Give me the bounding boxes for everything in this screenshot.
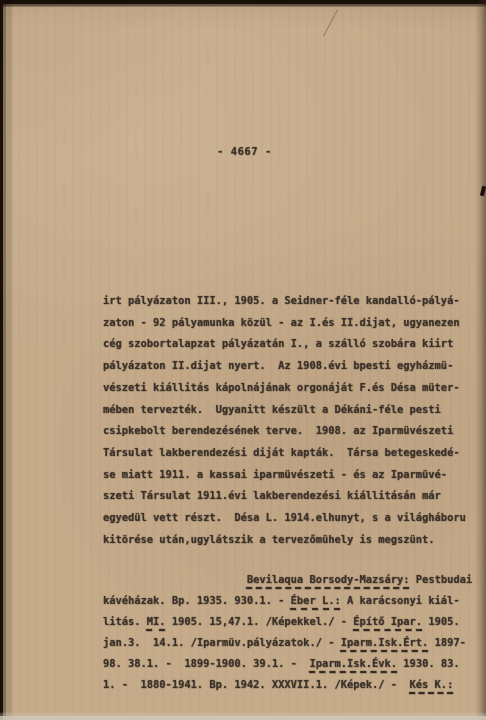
text-line: litás. MI. 1905. 15,47.1. /Képekkel./ - …: [103, 612, 472, 633]
text-segment: [103, 574, 247, 586]
text-line: se miatt 1911. a kassai iparmüvészeti - …: [103, 465, 466, 487]
text-segment: 1905. 15,47.1. /Képekkel./ -: [166, 616, 354, 628]
text-line: kitörése után,ugylátszik a tervezőmühely…: [103, 530, 466, 552]
page-top-edge: [0, 0, 486, 7]
underlined-text: Építő Ipar.: [353, 616, 422, 628]
text-line: 1. - 1880-1941. Bp. 1942. XXXVII.1. /Kép…: [103, 675, 472, 696]
underlined-text: Iparm.Isk.Évk.: [309, 658, 397, 670]
paper-scratch: [323, 10, 338, 37]
text-line: Társulat lakberendezési diját kapták. Tá…: [103, 443, 466, 465]
text-segment: kávéházak. Bp. 1935. 930.1. -: [103, 595, 291, 607]
text-line: mében tervezték. Ugyanitt készült a Déká…: [103, 400, 466, 422]
text-line: 98. 38.1. - 1899-1900. 39.1. - Iparm.Isk…: [103, 654, 472, 675]
text-segment: litás.: [103, 616, 147, 628]
underlined-text: Éber L.:: [291, 595, 341, 607]
text-segment: cég szobortalapzat pályázatán I., a szál…: [103, 338, 453, 350]
underlined-text: Kés K.:: [410, 679, 454, 691]
underlined-text: Bevilaqua Borsody-Mazsáry:: [247, 574, 410, 586]
text-line: szeti Társulat 1911.évi lakberendezési k…: [103, 486, 466, 508]
text-segment: 1930. 83.: [397, 658, 460, 670]
text-segment: vészeti kiállitás kápolnájának orgonáját…: [103, 382, 460, 394]
text-segment: 1. - 1880-1941. Bp. 1942. XXXVII.1. /Kép…: [103, 679, 410, 691]
text-line: jan.3. 14.1. /Iparmüv.pályázatok./ - Ipa…: [103, 633, 472, 654]
text-segment: mében tervezték. Ugyanitt készült a Déká…: [103, 404, 441, 416]
underlined-text: Iparm.Isk.Ért.: [341, 637, 429, 649]
text-segment: se miatt 1911. a kassai iparmüvészeti - …: [103, 469, 447, 481]
underlined-text: MI.: [147, 616, 166, 628]
text-segment: 1897-: [428, 637, 466, 649]
text-line: Bevilaqua Borsody-Mazsáry: Pestbudai: [103, 570, 472, 591]
main-paragraph: irt pályázaton III., 1905. a Seidner-fél…: [103, 291, 466, 551]
text-segment: pályázaton II.dijat nyert. Az 1908.évi b…: [103, 360, 453, 372]
text-segment: A karácsonyi kiál-: [341, 595, 460, 607]
text-segment: szeti Társulat 1911.évi lakberendezési k…: [103, 490, 441, 502]
text-segment: 1905.: [422, 616, 460, 628]
page-right-shadow: [475, 0, 486, 720]
text-segment: egyedül vett részt. Désa L. 1914.elhunyt…: [103, 512, 466, 524]
text-segment: Pestbudai: [410, 574, 473, 586]
bibliography-paragraph: Bevilaqua Borsody-Mazsáry: Pestbudaikávé…: [103, 570, 472, 696]
text-segment: zaton - 92 pályamunka közül - az I.és II…: [103, 317, 460, 329]
text-segment: irt pályázaton III., 1905. a Seidner-fél…: [103, 295, 460, 307]
text-segment: jan.3. 14.1. /Iparmüv.pályázatok./ -: [103, 637, 341, 649]
text-segment: 98. 38.1. - 1899-1900. 39.1. -: [103, 658, 309, 670]
page-left-edge: [0, 0, 14, 720]
text-line: pályázaton II.dijat nyert. Az 1908.évi b…: [103, 356, 466, 378]
text-line: csipkebolt berendezésének terve. 1908. a…: [103, 421, 466, 443]
text-line: egyedül vett részt. Désa L. 1914.elhunyt…: [103, 508, 466, 530]
text-line: vészeti kiállitás kápolnájának orgonáját…: [103, 378, 466, 400]
page-number: - 4667 -: [217, 146, 272, 158]
page-bottom-edge: [0, 712, 486, 720]
text-line: cég szobortalapzat pályázatán I., a szál…: [103, 334, 466, 356]
text-segment: Társulat lakberendezési diját kapták. Tá…: [103, 447, 460, 459]
text-line: kávéházak. Bp. 1935. 930.1. - Éber L.: A…: [103, 591, 472, 612]
text-line: zaton - 92 pályamunka közül - az I.és II…: [103, 313, 466, 335]
text-line: irt pályázaton III., 1905. a Seidner-fél…: [103, 291, 466, 313]
text-segment: kitörése után,ugylátszik a tervezőmühely…: [103, 534, 435, 546]
text-segment: csipkebolt berendezésének terve. 1908. a…: [103, 425, 453, 437]
